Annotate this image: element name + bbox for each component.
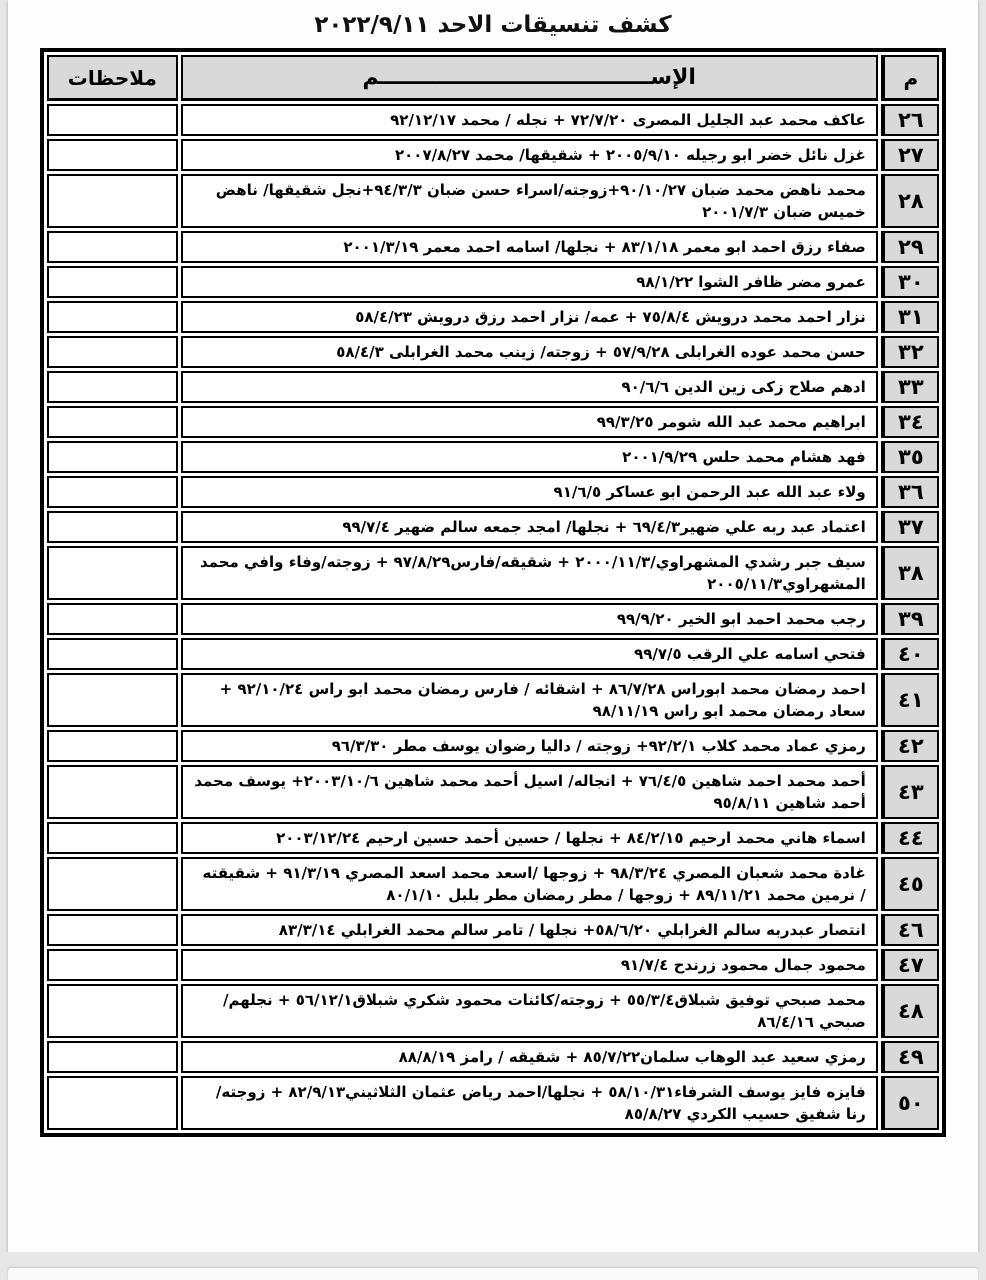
row-number-cell: ٢٨ bbox=[881, 174, 939, 228]
name-cell: صفاء رزق احمد ابو معمر ٨٣/١/١٨ + نجلها/ … bbox=[181, 231, 878, 263]
row-number-cell: ٤٥ bbox=[881, 857, 939, 911]
table-row: ٢٦عاكف محمد عبد الجليل المصرى ٧٢/٧/٢٠ + … bbox=[47, 104, 939, 136]
row-number-cell: ٣٣ bbox=[881, 371, 939, 403]
table-row: ٣٣ادهم صلاح زكى زين الدين ٩٠/٦/٦ bbox=[47, 371, 939, 403]
notes-cell bbox=[47, 139, 178, 171]
notes-cell bbox=[47, 673, 178, 727]
table-row: ٤٨محمد صبحي توفيق شبلاق٥٥/٣/٤ + زوجته/كا… bbox=[47, 984, 939, 1038]
notes-cell bbox=[47, 371, 178, 403]
name-cell: عمرو مضر ظافر الشوا ٩٨/١/٢٢ bbox=[181, 266, 878, 298]
name-cell: فايزه فايز يوسف الشرفاء٥٨/١٠/٣١ + نجلها/… bbox=[181, 1076, 878, 1130]
notes-cell bbox=[47, 857, 178, 911]
notes-cell bbox=[47, 603, 178, 635]
name-cell: غادة محمد شعبان المصري ٩٨/٣/٢٤ + زوجها /… bbox=[181, 857, 878, 911]
header-cell-notes: ملاحظات bbox=[47, 55, 178, 101]
table-row: ٣٠عمرو مضر ظافر الشوا ٩٨/١/٢٢ bbox=[47, 266, 939, 298]
page-title: كشف تنسيقات الاحد ٢٠٢٢/٩/١١ bbox=[8, 12, 978, 38]
notes-cell bbox=[47, 406, 178, 438]
notes-cell bbox=[47, 822, 178, 854]
row-number-cell: ٥٠ bbox=[881, 1076, 939, 1130]
row-number-cell: ٢٩ bbox=[881, 231, 939, 263]
row-number-cell: ٣٨ bbox=[881, 546, 939, 600]
name-cell: سيف جبر رشدي المشهراوي/٢٠٠٠/١١/٣ + شقيقه… bbox=[181, 546, 878, 600]
table-row: ٤٢رمزي عماد محمد كلاب ٩٢/٢/١+ زوجته / دا… bbox=[47, 730, 939, 762]
name-cell: فتحي اسامه علي الرقب ٩٩/٧/٥ bbox=[181, 638, 878, 670]
notes-cell bbox=[47, 914, 178, 946]
name-cell: محمد صبحي توفيق شبلاق٥٥/٣/٤ + زوجته/كائن… bbox=[181, 984, 878, 1038]
table-row: ٣٥فهد هشام محمد حلس ٢٠٠١/٩/٢٩ bbox=[47, 441, 939, 473]
table-row: ٤١احمد رمضان محمد ابوراس ٨٦/٧/٢٨ + اشقائ… bbox=[47, 673, 939, 727]
name-cell: رمزي سعيد عبد الوهاب سلمان٨٥/٧/٢٢ + شقيق… bbox=[181, 1041, 878, 1073]
notes-cell bbox=[47, 231, 178, 263]
table-row: ٣٩رجب محمد احمد ابو الخير ٩٩/٩/٢٠ bbox=[47, 603, 939, 635]
name-cell: غزل نائل خضر ابو رجيله ٢٠٠٥/٩/١٠ + شقيقه… bbox=[181, 139, 878, 171]
name-cell: محمود جمال محمود زرندح ٩١/٧/٤ bbox=[181, 949, 878, 981]
page-gap bbox=[0, 1252, 986, 1268]
name-cell: محمد ناهض محمد ضبان ٩٠/١٠/٢٧+زوجته/اسراء… bbox=[181, 174, 878, 228]
notes-cell bbox=[47, 104, 178, 136]
notes-cell bbox=[47, 765, 178, 819]
table-row: ٢٨محمد ناهض محمد ضبان ٩٠/١٠/٢٧+زوجته/اسر… bbox=[47, 174, 939, 228]
name-cell: رمزي عماد محمد كلاب ٩٢/٢/١+ زوجته / دالي… bbox=[181, 730, 878, 762]
name-cell: اسماء هاني محمد ارحيم ٨٤/٢/١٥ + نجلها / … bbox=[181, 822, 878, 854]
notes-cell bbox=[47, 1076, 178, 1130]
row-number-cell: ٤٦ bbox=[881, 914, 939, 946]
row-number-cell: ٤٤ bbox=[881, 822, 939, 854]
row-number-cell: ٣٢ bbox=[881, 336, 939, 368]
name-cell: اعتماد عبد ربه علي ضهير٦٩/٤/٣ + نجلها/ ا… bbox=[181, 511, 878, 543]
header-row: م الإســــــــــــــــــــــــــــــــــ… bbox=[47, 55, 939, 101]
next-page-edge bbox=[8, 1268, 978, 1280]
header-cell-number: م bbox=[881, 55, 939, 101]
table-row: ٤٣أحمد محمد احمد شاهين ٧٦/٤/٥ + انجاله/ … bbox=[47, 765, 939, 819]
row-number-cell: ٤٣ bbox=[881, 765, 939, 819]
table-row: ٢٧غزل نائل خضر ابو رجيله ٢٠٠٥/٩/١٠ + شقي… bbox=[47, 139, 939, 171]
name-cell: أحمد محمد احمد شاهين ٧٦/٤/٥ + انجاله/ اس… bbox=[181, 765, 878, 819]
notes-cell bbox=[47, 266, 178, 298]
name-cell: حسن محمد عوده الغرابلى ٥٧/٩/٢٨ + زوجته/ … bbox=[181, 336, 878, 368]
notes-cell bbox=[47, 638, 178, 670]
table-row: ٤٥غادة محمد شعبان المصري ٩٨/٣/٢٤ + زوجها… bbox=[47, 857, 939, 911]
table-row: ٣٤ابراهيم محمد عبد الله شومر ٩٩/٣/٢٥ bbox=[47, 406, 939, 438]
row-number-cell: ٤٩ bbox=[881, 1041, 939, 1073]
row-number-cell: ٢٧ bbox=[881, 139, 939, 171]
table-row: ٥٠فايزه فايز يوسف الشرفاء٥٨/١٠/٣١ + نجله… bbox=[47, 1076, 939, 1130]
row-number-cell: ٤١ bbox=[881, 673, 939, 727]
table-row: ٣٧اعتماد عبد ربه علي ضهير٦٩/٤/٣ + نجلها/… bbox=[47, 511, 939, 543]
row-number-cell: ٣١ bbox=[881, 301, 939, 333]
notes-cell bbox=[47, 336, 178, 368]
table-row: ٤٧محمود جمال محمود زرندح ٩١/٧/٤ bbox=[47, 949, 939, 981]
row-number-cell: ٣٠ bbox=[881, 266, 939, 298]
row-number-cell: ٣٧ bbox=[881, 511, 939, 543]
table-row: ٣٢حسن محمد عوده الغرابلى ٥٧/٩/٢٨ + زوجته… bbox=[47, 336, 939, 368]
notes-cell bbox=[47, 984, 178, 1038]
notes-cell bbox=[47, 511, 178, 543]
table-row: ٣٨سيف جبر رشدي المشهراوي/٢٠٠٠/١١/٣ + شقي… bbox=[47, 546, 939, 600]
name-cell: عاكف محمد عبد الجليل المصرى ٧٢/٧/٢٠ + نج… bbox=[181, 104, 878, 136]
row-number-cell: ٢٦ bbox=[881, 104, 939, 136]
notes-cell bbox=[47, 441, 178, 473]
table-row: ٣٦ولاء عبد الله عبد الرحمن ابو عساكر ٩١/… bbox=[47, 476, 939, 508]
name-cell: رجب محمد احمد ابو الخير ٩٩/٩/٢٠ bbox=[181, 603, 878, 635]
notes-cell bbox=[47, 301, 178, 333]
row-number-cell: ٤٨ bbox=[881, 984, 939, 1038]
row-number-cell: ٣٩ bbox=[881, 603, 939, 635]
name-cell: ولاء عبد الله عبد الرحمن ابو عساكر ٩١/٦/… bbox=[181, 476, 878, 508]
records-table: م الإســــــــــــــــــــــــــــــــــ… bbox=[40, 48, 946, 1137]
name-cell: انتصار عبدربه سالم الغرابلي ٥٨/٦/٢٠+ نجل… bbox=[181, 914, 878, 946]
name-cell: ابراهيم محمد عبد الله شومر ٩٩/٣/٢٥ bbox=[181, 406, 878, 438]
notes-cell bbox=[47, 1041, 178, 1073]
table-row: ٤٦انتصار عبدربه سالم الغرابلي ٥٨/٦/٢٠+ ن… bbox=[47, 914, 939, 946]
notes-cell bbox=[47, 174, 178, 228]
name-cell: احمد رمضان محمد ابوراس ٨٦/٧/٢٨ + اشقائه … bbox=[181, 673, 878, 727]
table-row: ٣١نزار احمد محمد درويش ٧٥/٨/٤ + عمه/ نزا… bbox=[47, 301, 939, 333]
table-body: ٢٦عاكف محمد عبد الجليل المصرى ٧٢/٧/٢٠ + … bbox=[47, 104, 939, 1130]
row-number-cell: ٣٦ bbox=[881, 476, 939, 508]
row-number-cell: ٣٤ bbox=[881, 406, 939, 438]
table-row: ٤٩رمزي سعيد عبد الوهاب سلمان٨٥/٧/٢٢ + شق… bbox=[47, 1041, 939, 1073]
name-cell: نزار احمد محمد درويش ٧٥/٨/٤ + عمه/ نزار … bbox=[181, 301, 878, 333]
row-number-cell: ٤٠ bbox=[881, 638, 939, 670]
notes-cell bbox=[47, 546, 178, 600]
table-row: ٢٩صفاء رزق احمد ابو معمر ٨٣/١/١٨ + نجلها… bbox=[47, 231, 939, 263]
row-number-cell: ٤٧ bbox=[881, 949, 939, 981]
notes-cell bbox=[47, 949, 178, 981]
notes-cell bbox=[47, 476, 178, 508]
table-row: ٤٠فتحي اسامه علي الرقب ٩٩/٧/٥ bbox=[47, 638, 939, 670]
row-number-cell: ٣٥ bbox=[881, 441, 939, 473]
name-cell: فهد هشام محمد حلس ٢٠٠١/٩/٢٩ bbox=[181, 441, 878, 473]
name-cell: ادهم صلاح زكى زين الدين ٩٠/٦/٦ bbox=[181, 371, 878, 403]
table-row: ٤٤اسماء هاني محمد ارحيم ٨٤/٢/١٥ + نجلها … bbox=[47, 822, 939, 854]
header-cell-name: الإســــــــــــــــــــــــــــــــــــ… bbox=[181, 55, 878, 101]
document-page: كشف تنسيقات الاحد ٢٠٢٢/٩/١١ م الإســــــ… bbox=[8, 0, 978, 1252]
notes-cell bbox=[47, 730, 178, 762]
row-number-cell: ٤٢ bbox=[881, 730, 939, 762]
